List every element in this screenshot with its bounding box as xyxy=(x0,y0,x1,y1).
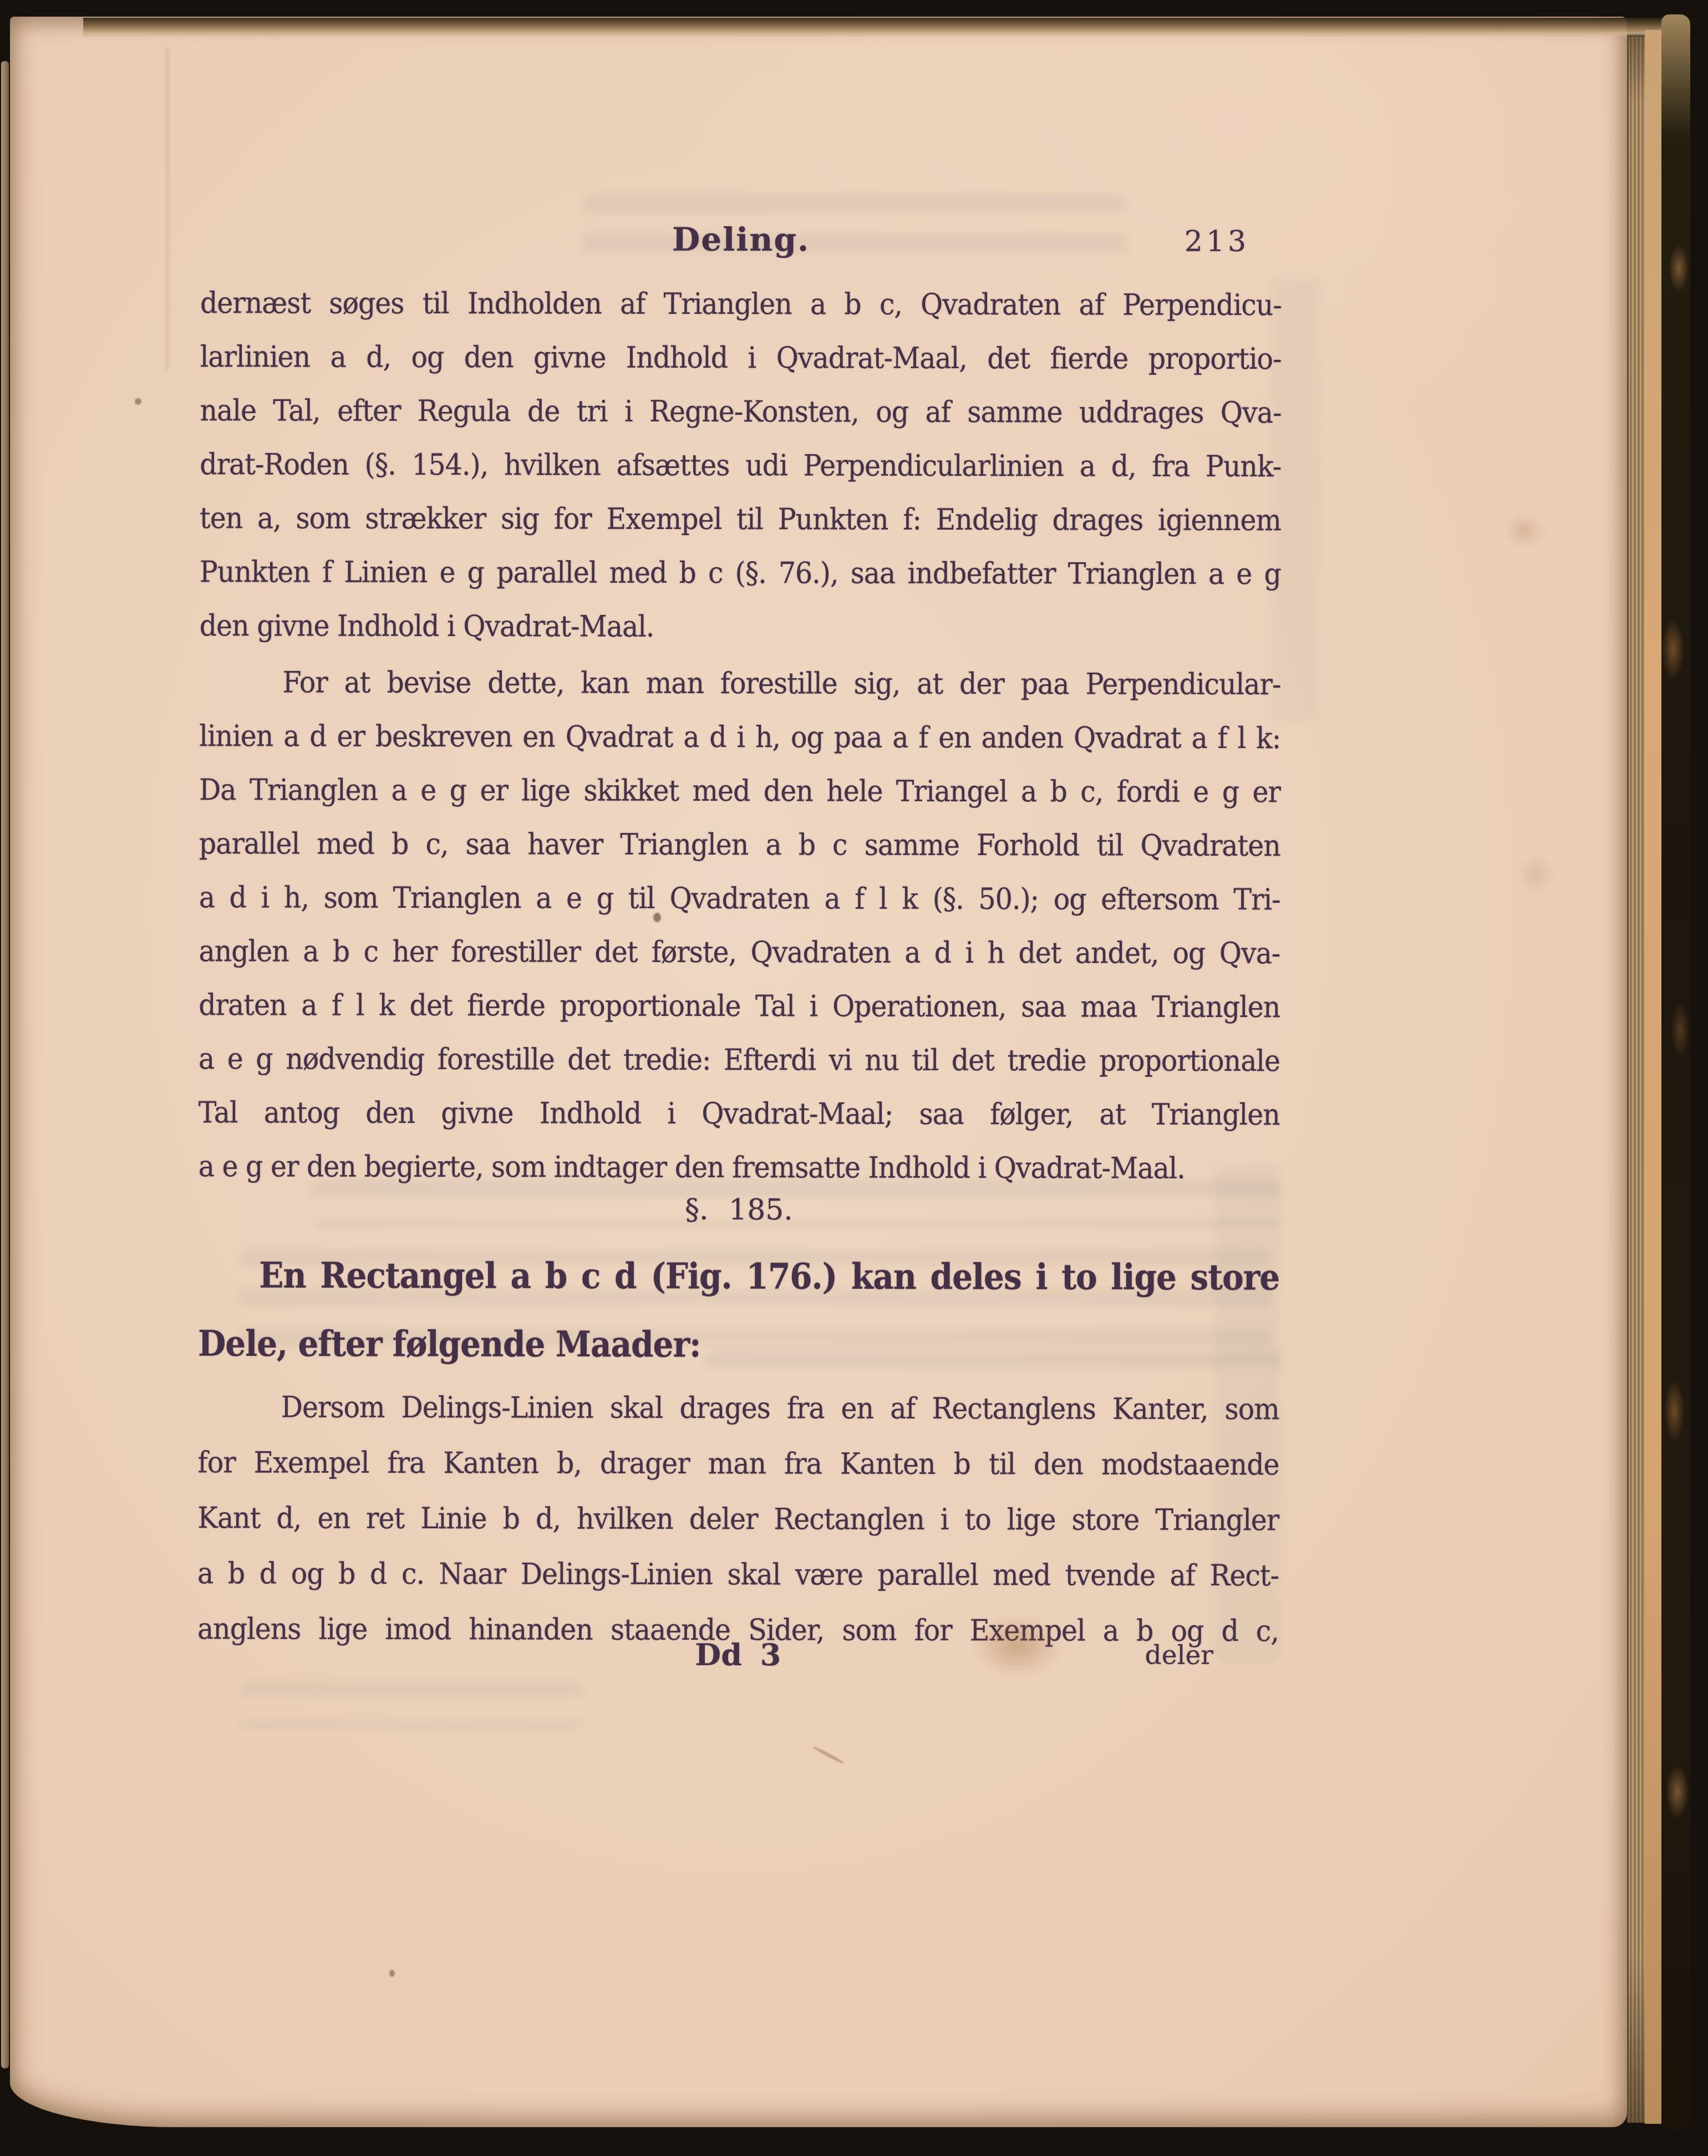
text-line: a d i h, som Trianglen a e g til Qvadrat… xyxy=(199,868,1280,929)
page-text: Deling. 213 dernæst søges til Indholden … xyxy=(196,0,1282,2156)
stain xyxy=(973,1615,1062,1677)
text-line: For at bevise dette, kan man forestille … xyxy=(199,653,1280,714)
paper-crease xyxy=(166,48,169,369)
signature-row: Dd 3 deler xyxy=(197,1636,1279,1688)
stain xyxy=(389,1970,395,1977)
text-line: a b d og b d c. Naar Delings-Linien skal… xyxy=(197,1544,1279,1606)
signature-mark: Dd 3 xyxy=(197,1636,1279,1674)
stain xyxy=(1518,854,1554,895)
heading-line: Dele, efter følgende Maader: xyxy=(198,1309,1279,1380)
text-line: parallel med b c, saa haver Trianglen a … xyxy=(199,815,1280,875)
heading-line: En Rectangel a b c d (Fig. 176.) kan del… xyxy=(198,1241,1279,1311)
section-mark: §. 185. xyxy=(198,1192,1279,1228)
stain xyxy=(1504,513,1545,548)
text-line: den givne Indhold i Qvadrat-Maal. xyxy=(200,597,1281,657)
text-line: Kant d, en ret Linie b d, hvilken deler … xyxy=(197,1488,1279,1550)
paragraph-1: dernæst søges til Indholden af Trianglen… xyxy=(200,274,1282,653)
text-line: dernæst søges til Indholden af Trianglen… xyxy=(200,274,1282,334)
book-scan: Deling. 213 dernæst søges til Indholden … xyxy=(0,0,1708,2156)
leather-binding-edge xyxy=(1661,14,1690,2130)
text-line: a e g er den begierte, som indtager den … xyxy=(199,1137,1280,1198)
page-header: Deling. 213 xyxy=(200,220,1282,269)
cover-inner-edge xyxy=(1645,30,1661,2124)
text-line: draten a f l k det fierde proportionale … xyxy=(199,976,1280,1036)
text-line: linien a d er beskreven en Qvadrat a d i… xyxy=(199,707,1280,767)
text-line: drat-Roden (§. 154.), hvilken afsættes u… xyxy=(200,435,1281,496)
paragraph-2: For at bevise dette, kan man forestille … xyxy=(199,653,1281,1193)
text-line: anglen a b c her forestiller det første,… xyxy=(199,922,1280,983)
text-line: ten a, som strækker sig for Exempel til … xyxy=(200,489,1281,550)
page-edge-stack xyxy=(1627,37,1646,2123)
text-line: larlinien a d, og den givne Indhold i Qv… xyxy=(200,328,1282,388)
text-line: for Exempel fra Kanten b, drager man fra… xyxy=(197,1433,1279,1495)
text-line: a e g nødvendig forestille det tredie: E… xyxy=(199,1030,1280,1090)
text-line: Tal antog den givne Indhold i Qvadrat-Ma… xyxy=(199,1084,1280,1144)
stain xyxy=(135,398,141,405)
catchword: deler xyxy=(1145,1640,1213,1671)
text-line: Punkten f Linien e g parallel med b c (§… xyxy=(200,543,1281,603)
running-head: Deling. xyxy=(200,220,1282,260)
page-left-edge xyxy=(1,61,9,2068)
section-heading: En Rectangel a b c d (Fig. 176.) kan del… xyxy=(198,1241,1280,1380)
text-line: nale Tal, efter Regula de tri i Regne-Ko… xyxy=(200,382,1281,442)
page-number: 213 xyxy=(1185,225,1249,258)
stain xyxy=(653,913,661,922)
text-line: Dersom Delings-Linien skal drages fra en… xyxy=(198,1377,1279,1440)
text-line: Da Trianglen a e g er lige skikket med d… xyxy=(199,761,1280,821)
paragraph-3: Dersom Delings-Linien skal drages fra en… xyxy=(197,1377,1279,1657)
